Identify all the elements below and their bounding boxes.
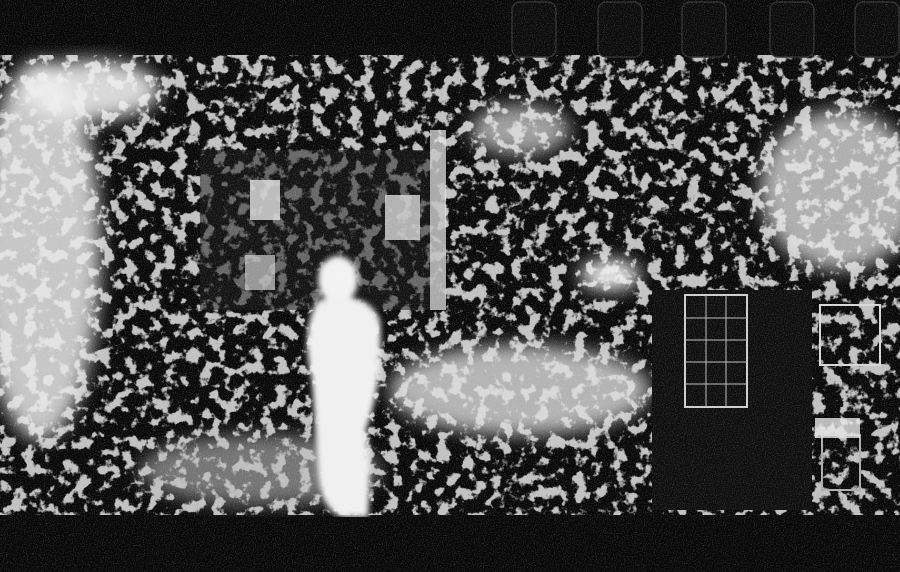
film-grain	[0, 0, 900, 572]
photo-scene	[0, 0, 900, 572]
film-photograph	[0, 0, 900, 572]
